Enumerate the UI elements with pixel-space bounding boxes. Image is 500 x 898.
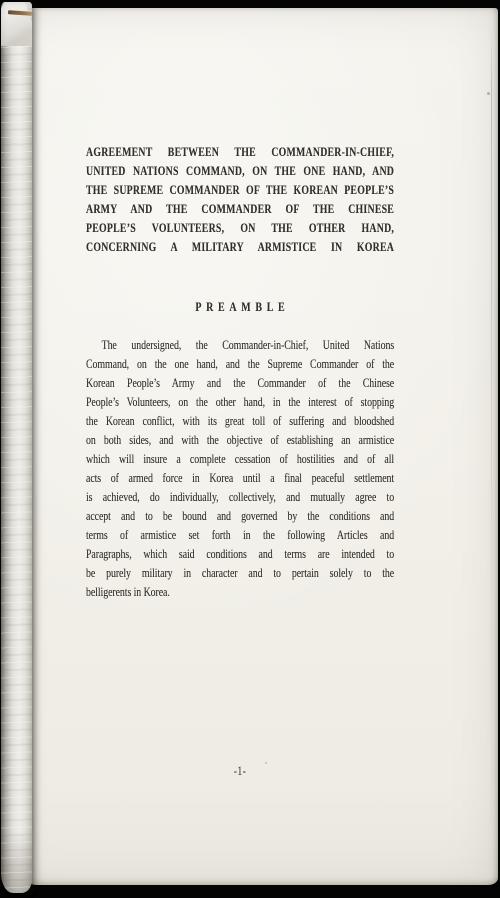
underlying-page-edge [491,26,492,873]
document-page: AGREEMENT BETWEEN THE COMMANDER-IN-CHIEF… [22,8,498,885]
spine-texture [1,2,32,893]
paragraph-line: The undersigned, the Commander-in-Chief,… [86,336,394,355]
paragraph-line: Command, on the one hand, and the Suprem… [86,355,394,374]
title-line: ARMY AND THE COMMANDER OF THE CHINESE [86,200,394,219]
page-number: -1- [86,764,394,779]
paper-speck [487,92,490,95]
paragraph-line: belligerents in Korea. [86,583,394,602]
title-line: AGREEMENT BETWEEN THE COMMANDER-IN-CHIEF… [86,143,394,162]
title-line: UNITED NATIONS COMMAND, ON THE ONE HAND,… [86,162,394,181]
paragraph-line: accept and to be bound and governed by t… [86,507,394,526]
paragraph-line: acts of armed force in Korea until a fin… [86,469,394,488]
paragraph-line: on both sides, and with the objective of… [86,431,394,450]
paragraph-line: People’s Volunteers, on the other hand, … [86,393,394,412]
title-line: PEOPLE’S VOLUNTEERS, ON THE OTHER HAND, [86,219,394,238]
paragraph-line: Paragraphs, which said conditions and te… [86,545,394,564]
paragraph-line: is achieved, do individually, collective… [86,488,394,507]
page-text: AGREEMENT BETWEEN THE COMMANDER-IN-CHIEF… [86,8,394,885]
title-line: THE SUPREME COMMANDER OF THE KOREAN PEOP… [86,181,394,200]
book-spine-edge [1,2,32,893]
preamble-paragraph: The undersigned, the Commander-in-Chief,… [86,336,394,602]
paragraph-line: the Korean conflict, with its great toll… [86,412,394,431]
paragraph-line: which will insure a complete cessation o… [86,450,394,469]
paragraph-line: be purely military in character and to p… [86,564,394,583]
paragraph-line: terms of armistice set forth in the foll… [86,526,394,545]
document-title: AGREEMENT BETWEEN THE COMMANDER-IN-CHIEF… [86,143,394,257]
title-line: CONCERNING A MILITARY ARMISTICE IN KOREA [86,238,394,257]
paragraph-line: Korean People’s Army and the Commander o… [86,374,394,393]
section-title: PREAMBLE [86,300,394,315]
book-photo: AGREEMENT BETWEEN THE COMMANDER-IN-CHIEF… [0,0,500,898]
